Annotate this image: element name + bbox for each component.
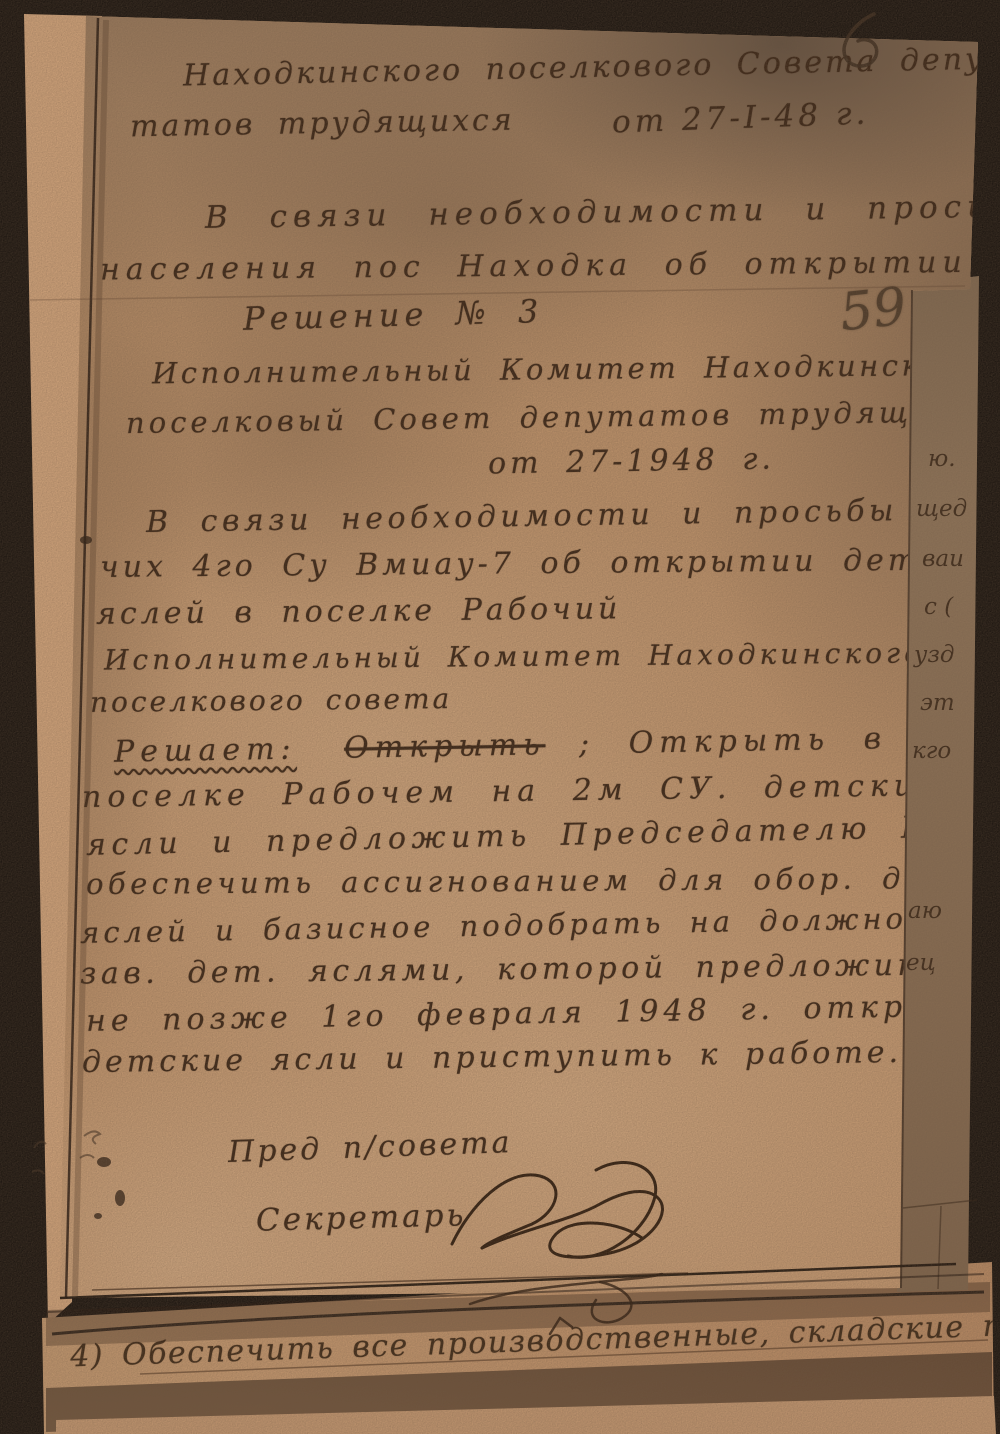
- resolves-word: Решает:: [114, 732, 297, 770]
- open-in-words: ; Открыть в: [579, 721, 888, 761]
- photographed-document: 4) Обеспечить все производственные, скла…: [0, 0, 1000, 1434]
- text-fragment: узд: [914, 642, 954, 668]
- text-fragment: ец: [906, 950, 936, 976]
- text-fragment: ваи: [922, 546, 964, 572]
- struck-out-word: Открыть: [344, 727, 546, 766]
- text-fragment: аю: [908, 898, 942, 924]
- date-heading: от 27-I-48 г.: [611, 96, 869, 141]
- handwriting-line-16: ясли и предложить Председателю Посел: [86, 808, 1000, 863]
- handwriting-line-15: поселке Рабочем на 2м СУ. детские: [82, 768, 943, 815]
- resolution-number-heading: Решение № 3: [243, 292, 544, 338]
- text-fragment: кго: [912, 738, 951, 764]
- text-fragment: ю.: [928, 446, 956, 472]
- handwriting-line-06: Исполнительный Комитет Находкинского: [152, 348, 983, 391]
- handwriting-line-19: зав. дет. яслями, которой предложить: [80, 947, 952, 991]
- handwriting-line-07: поселковый Совет депутатов трудящихся: [126, 394, 999, 440]
- text-fragment: с (: [924, 594, 953, 620]
- handwriting-line-01: Находкинского поселкового Совета депу-: [183, 41, 999, 93]
- handwriting-line-02: татов трудящихся: [130, 103, 515, 145]
- secretary-signature-label: Секретарь: [256, 1197, 467, 1238]
- handwriting-line-14: Решает: Открыть ; Открыть в: [114, 721, 888, 769]
- handwriting-line-03: В связи необходимости и просьбы: [205, 188, 1000, 236]
- handwriting-line-18: яслей и базисное подобрать на должность: [80, 900, 979, 950]
- handwriting-line-17: обеспечить ассигнованием для обор. дет: [86, 861, 959, 901]
- text-fragment: эт: [920, 690, 955, 716]
- handwriting-line-12: Исполнительный Комитет Находкинского: [104, 636, 925, 676]
- handwriting-line-13: поселкового совета: [90, 682, 453, 719]
- date-line: от 27-1948 г.: [488, 441, 776, 481]
- handwriting-line-09: В связи необходимости и просьбы рабо-: [146, 491, 1000, 540]
- text-fragment: щед: [916, 496, 967, 522]
- main-document-page: Находкинского поселкового Совета депу- т…: [0, 0, 1000, 1434]
- chairman-signature-label: Пред п/совета: [227, 1125, 513, 1170]
- pencil-page-number: 59: [837, 277, 909, 344]
- handwriting-line-10: чих 4го Су Вмиау-7 об открытии детских: [100, 542, 1000, 585]
- handwriting-line-11: яслей в поселке Рабочий: [96, 591, 622, 631]
- handwriting-line-21: детские ясли и приступить к работе.: [82, 1035, 903, 1080]
- handwriting-line-20: не позже 1го февраля 1948 г. открыть: [86, 988, 992, 1039]
